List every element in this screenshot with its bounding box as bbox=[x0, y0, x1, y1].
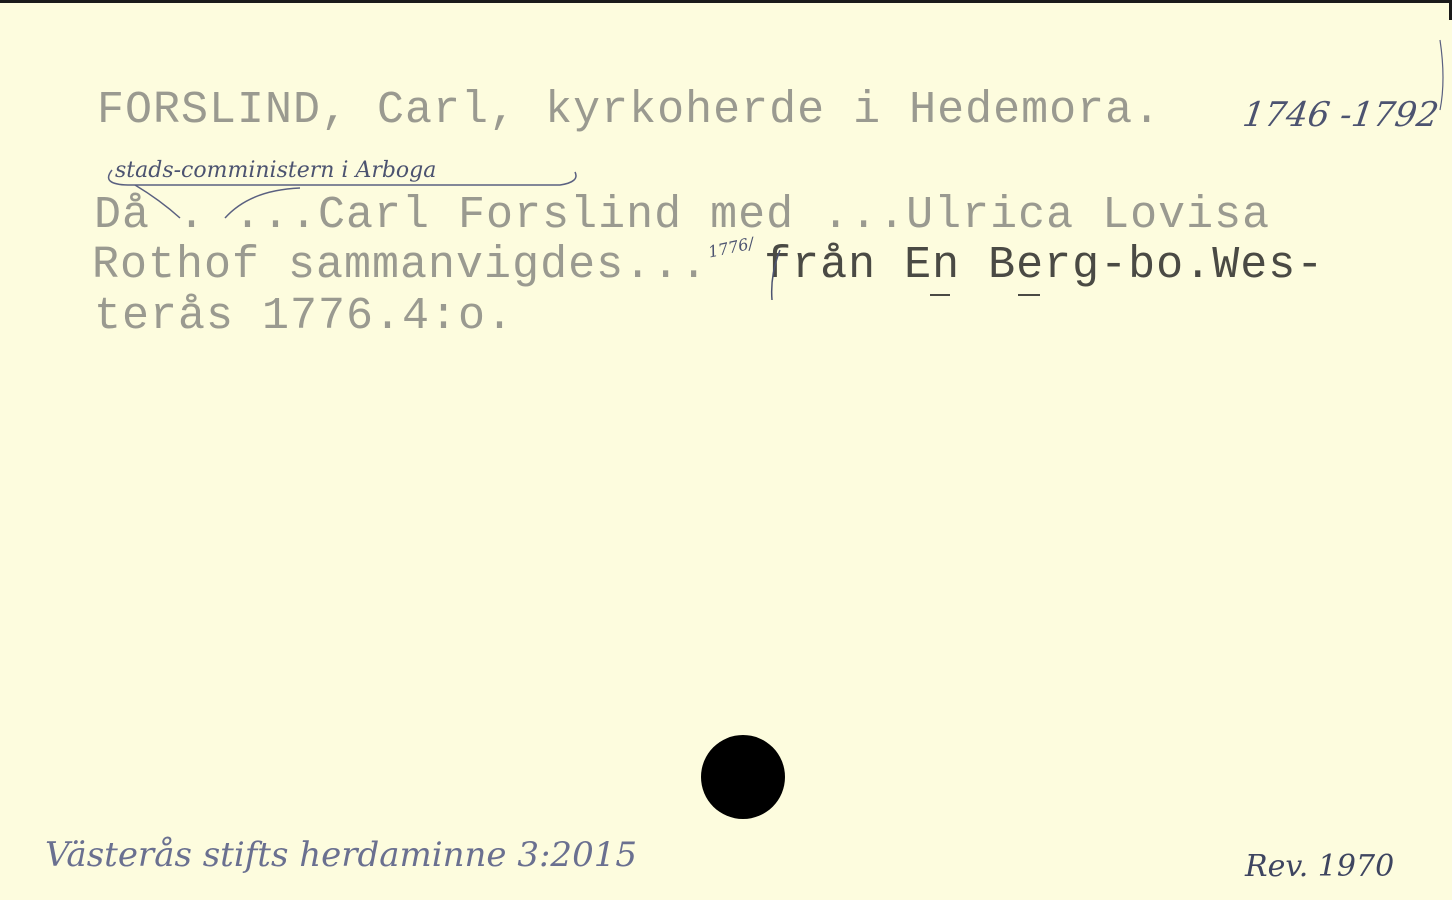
handwritten-insertion: stads-comministern i Arboga bbox=[115, 160, 436, 182]
handwritten-revision-note: Rev. 1970 bbox=[1245, 852, 1394, 882]
punch-hole bbox=[701, 735, 785, 819]
typed-body-line-2-a: Rothof sammanvigdes... bbox=[92, 240, 708, 291]
card-top-edge bbox=[0, 0, 1452, 3]
handwritten-life-dates: 1746 -1792 bbox=[1241, 98, 1441, 132]
typed-body-line-2-b: från En Berg-bo.Wes- bbox=[764, 240, 1324, 291]
typed-heading-line: FORSLIND, Carl, kyrkoherde i Hedemora. bbox=[97, 88, 1161, 133]
typed-body-line-1: Då . ...Carl Forslind med ...Ulrica Lovi… bbox=[94, 193, 1270, 238]
handwritten-bottom-reference: Västerås stifts herdaminne 3:2015 bbox=[45, 838, 637, 872]
typed-body-line-3: terås 1776.4:o. bbox=[94, 294, 514, 339]
